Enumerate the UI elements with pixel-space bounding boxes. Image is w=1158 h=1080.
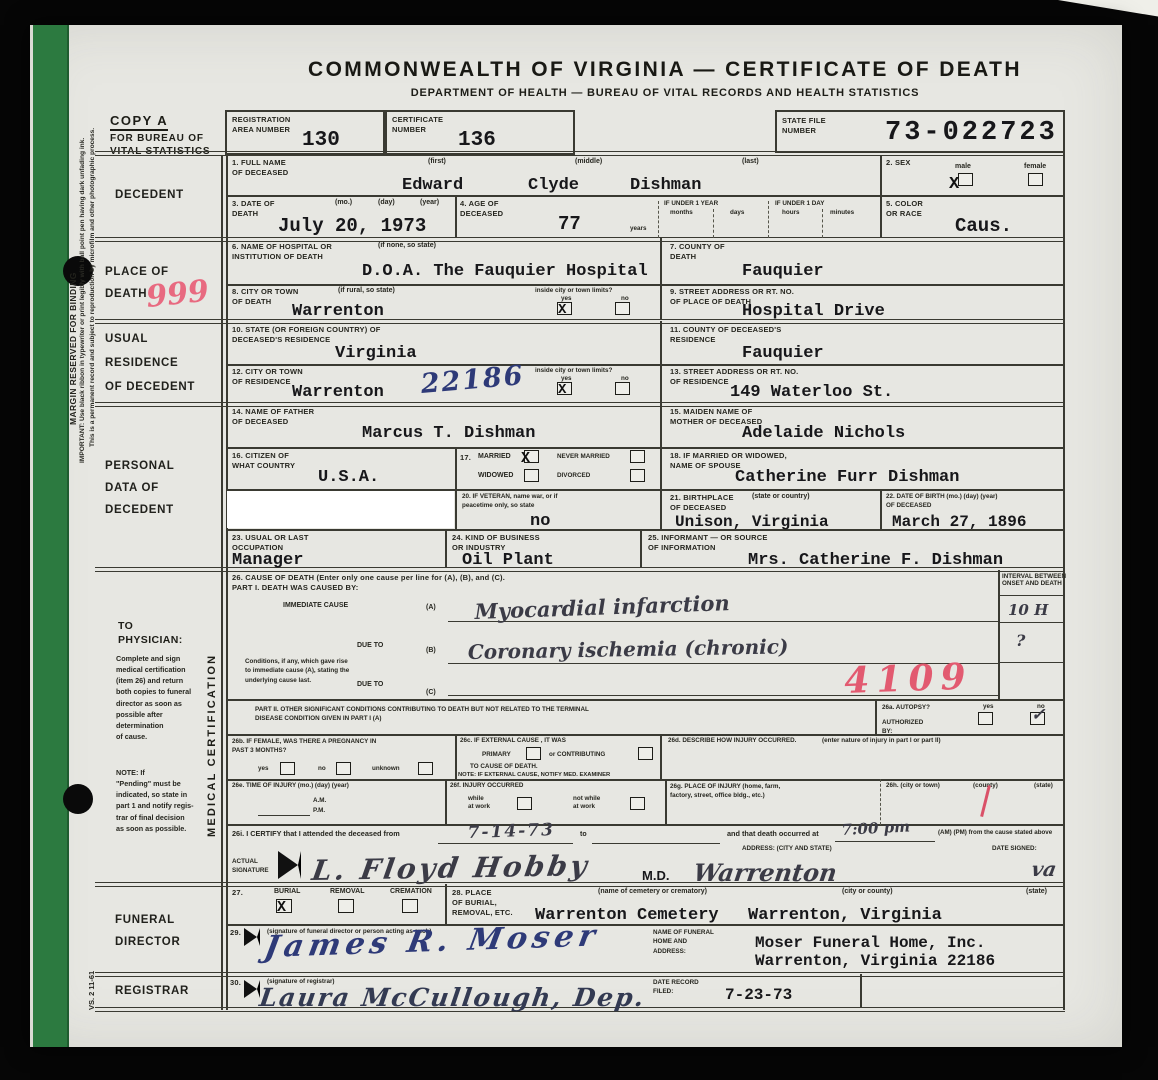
rule <box>880 155 882 195</box>
never-married-checkbox <box>630 450 645 463</box>
sidebar-usual-residence: USUAL RESIDENCE OF DECEDENT <box>105 327 195 399</box>
cause-a-handwriting: Myocardial infarction <box>474 592 730 622</box>
immediate-cause-label: IMMEDIATE CAUSE <box>283 602 348 611</box>
rule <box>455 489 457 530</box>
interval-header: INTERVAL BETWEEN ONSET AND DEATH <box>1002 573 1066 587</box>
days-label: days <box>730 209 744 217</box>
occupation-value: Manager <box>232 552 303 569</box>
hospital-hint: (if none, so state) <box>378 242 436 251</box>
rule <box>835 841 935 842</box>
female-label: female <box>1024 163 1046 172</box>
certificate-subtitle: DEPARTMENT OF HEALTH — BUREAU OF VITAL R… <box>260 87 1070 99</box>
primary-checkbox <box>526 747 541 760</box>
spouse-value: Catherine Furr Dishman <box>735 469 959 486</box>
rule <box>226 734 1065 736</box>
punch-hole <box>63 784 93 814</box>
green-binding-strip <box>33 25 69 1047</box>
citizen-label: 16. CITIZEN OF WHAT COUNTRY <box>232 451 295 471</box>
residence-street-value: 149 Waterloo St. <box>730 384 893 401</box>
while-at-work-label: while at work <box>468 795 490 811</box>
registration-area-label: REGISTRATION AREA NUMBER <box>232 115 291 135</box>
funeral-home-line2: Warrenton, Virginia 22186 <box>755 953 995 969</box>
state-file-number-value: 73-022723 <box>885 120 1058 147</box>
rule <box>768 201 769 238</box>
sidebar-registrar: REGISTRAR <box>115 981 189 1002</box>
mo-hint: (mo.) <box>335 199 352 208</box>
rule <box>95 882 1065 887</box>
year-hint: (year) <box>420 199 439 208</box>
street-of-death-value: Hospital Drive <box>742 303 885 320</box>
sidebar-to-physician-body: Complete and sign medical certification … <box>116 653 191 742</box>
place-of-death-red-code: 999 <box>145 277 210 313</box>
burial-city-value: Warrenton, Virginia <box>748 907 942 924</box>
rule <box>998 570 1000 700</box>
birthplace-value: Unison, Virginia <box>675 514 829 530</box>
md-label: M.D. <box>642 869 669 882</box>
married-mark: X <box>521 451 530 466</box>
rule <box>998 595 1065 596</box>
to-cause-of-death-label: TO CAUSE OF DEATH. <box>470 763 538 770</box>
rule <box>998 662 1065 663</box>
mother-name-value: Adelaide Nichols <box>742 425 905 442</box>
rule <box>592 843 720 844</box>
rule <box>658 201 659 238</box>
residence-state-label: 10. STATE (OR FOREIGN COUNTRY) OF DECEAS… <box>232 325 381 345</box>
signature-arrow-icon <box>278 851 301 879</box>
divorced-checkbox <box>630 469 645 482</box>
cemetery-hint: (name of cemetery or crematory) <box>598 888 707 897</box>
date-of-birth-label: 22. DATE OF BIRTH (mo.) (day) (year) OF … <box>886 493 998 511</box>
external-cause-note: NOTE: IF EXTERNAL CAUSE, NOTIFY MED. EXA… <box>458 772 610 778</box>
margin-important-text: IMPORTANT: Use black ribbon in typewrite… <box>79 138 86 463</box>
disposition-num: 27. <box>232 888 243 898</box>
business-value: Oil Plant <box>462 552 554 569</box>
rule <box>660 364 662 403</box>
sidebar-funeral-director: FUNERAL DIRECTOR <box>115 909 180 953</box>
rule <box>660 238 662 285</box>
sex-label: 2. SEX <box>886 158 911 168</box>
male-checkbox <box>958 173 973 186</box>
rule <box>455 195 457 238</box>
rule <box>1063 110 1065 1010</box>
middle-hint: (middle) <box>575 158 602 167</box>
part2-label: PART II. OTHER SIGNIFICANT CONDITIONS CO… <box>255 705 589 724</box>
due-to-label: DUE TO <box>357 681 383 690</box>
rule <box>660 321 662 365</box>
residence-city-value: Warrenton <box>292 384 384 401</box>
autopsy-yes-label: yes <box>983 703 994 711</box>
residence-county-value: Fauquier <box>742 345 824 362</box>
date-signed-label: DATE SIGNED: <box>992 845 1037 852</box>
injury-state-hint: (state) <box>1034 782 1053 789</box>
last-name-value: Dishman <box>630 177 701 194</box>
date-of-birth-value: March 27, 1896 <box>892 514 1026 530</box>
city-county-hint: (city or county) <box>842 888 893 897</box>
pregnancy-no-checkbox <box>336 762 351 775</box>
rule <box>455 734 457 780</box>
pregnancy-unknown-label: unknown <box>372 765 400 773</box>
birthplace-hint: (state or country) <box>752 493 810 502</box>
rule <box>95 972 1065 977</box>
rule <box>880 489 882 530</box>
not-while-at-work-checkbox <box>630 797 645 810</box>
red-code-handwriting: 4109 <box>844 659 973 699</box>
hours-label: hours <box>782 209 800 217</box>
rule <box>226 447 1065 449</box>
red-slash-mark <box>980 785 990 817</box>
city-of-death-label: 8. CITY OR TOWN OF DEATH <box>232 287 298 307</box>
margin-permanent-text: This is a permanent record and subject t… <box>89 128 96 447</box>
sidebar-decedent: DECEDENT <box>115 185 184 206</box>
pregnancy-yes-label: yes <box>258 765 269 773</box>
residence-county-label: 11. COUNTY OF DECEASED'S RESIDENCE <box>670 325 781 345</box>
color-or-race-label: 5. COLOR OR RACE <box>886 199 923 219</box>
cremation-label: CREMATION <box>390 888 432 897</box>
age-value: 77 <box>558 215 581 234</box>
registrar-num: 30. <box>230 978 241 988</box>
scan-corner-sliver <box>1058 0 1158 22</box>
rule <box>640 529 642 568</box>
rule <box>660 734 662 780</box>
time-of-injury-label: 26e. TIME OF INJURY (mo.) (day) (year) <box>232 782 349 789</box>
first-hint: (first) <box>428 158 446 167</box>
last-hint: (last) <box>742 158 759 167</box>
burial-label: BURIAL <box>274 888 300 897</box>
while-at-work-checkbox <box>517 797 532 810</box>
limits-yes-mark: X <box>558 383 566 397</box>
limits-question-label: inside city or town limits? <box>535 367 612 375</box>
male-checkbox-mark: X <box>949 176 959 193</box>
rule <box>875 699 877 735</box>
rule <box>822 209 823 238</box>
father-name-label: 14. NAME OF FATHER OF DECEASED <box>232 407 314 427</box>
autopsy-no-checkmark: ✓ <box>1031 707 1045 724</box>
redaction-box <box>227 491 454 528</box>
sidebar-personal-data: PERSONAL DATA OF DECEDENT <box>105 455 175 521</box>
time-of-death-handwriting: 7:00 pm <box>841 819 910 838</box>
citizen-value: U.S.A. <box>318 469 379 486</box>
sidebar-to-physician-title: TO PHYSICIAN: <box>118 620 183 647</box>
first-name-value: Edward <box>402 177 463 194</box>
hospital-value: D.O.A. The Fauquier Hospital <box>362 263 648 280</box>
county-of-death-value: Fauquier <box>742 263 824 280</box>
sidebar-to-physician-note: NOTE: If "Pending" must be indicated, so… <box>116 767 193 834</box>
external-cause-label: 26c. IF EXTERNAL CAUSE , IT WAS <box>460 737 566 744</box>
color-or-race-value: Caus. <box>955 217 1012 236</box>
am-label: A.M. <box>313 797 326 805</box>
rule <box>660 284 662 320</box>
removal-checkbox <box>338 899 354 913</box>
photo-background: MARGIN RESERVED FOR BINDING IMPORTANT: U… <box>0 0 1158 1080</box>
full-name-label: 1. FULL NAME OF DECEASED <box>232 158 288 178</box>
city-of-death-hint: (if rural, so state) <box>338 287 395 296</box>
pregnancy-yes-checkbox <box>280 762 295 775</box>
rule <box>713 209 714 238</box>
occurred-statement: and that death occurred at <box>727 829 819 838</box>
rule <box>226 779 1065 781</box>
actual-signature-label: ACTUAL SIGNATURE <box>232 857 269 876</box>
male-label: male <box>955 163 971 172</box>
rule <box>226 699 1065 701</box>
cause-of-death-label: 26. CAUSE OF DEATH (Enter only one cause… <box>232 573 505 593</box>
injury-occurred-label: 26f. INJURY OCCURRED <box>450 782 523 789</box>
divorced-label: DIVORCED <box>557 472 590 480</box>
due-to-label: DUE TO <box>357 642 383 651</box>
injury-city-label: 26h. (city or town) <box>886 782 940 789</box>
rule <box>445 884 447 925</box>
veteran-label: 20. IF VETERAN, name war, or if peacetim… <box>462 493 558 511</box>
state-handwriting: va <box>1030 859 1058 879</box>
not-while-at-work-label: not while at work <box>573 795 600 811</box>
rule <box>665 779 667 825</box>
physician-signature: L. Floyd Hobby <box>310 852 592 885</box>
day-hint: (day) <box>378 199 395 208</box>
date-filed-label: DATE RECORD FILED: <box>653 978 699 997</box>
rule <box>95 319 1065 324</box>
autopsy-yes-checkbox <box>978 712 993 725</box>
cremation-checkbox <box>402 899 418 913</box>
county-of-death-label: 7. COUNTY OF DEATH <box>670 242 725 262</box>
date-of-death-value: July 20, 1973 <box>278 217 426 236</box>
rule <box>445 779 447 825</box>
if-under-1-day-label: IF UNDER 1 DAY <box>775 200 824 208</box>
injury-nature-hint: (enter nature of injury in part I or par… <box>822 737 941 744</box>
pm-label: P.M. <box>313 807 325 815</box>
cause-c-tag: (C) <box>426 689 436 698</box>
medical-certification-vertical-label: MEDICAL CERTIFICATION <box>206 654 218 837</box>
months-label: months <box>670 209 693 217</box>
limits-question-label: inside city or town limits? <box>535 287 612 295</box>
contributing-checkbox <box>638 747 653 760</box>
never-married-label: NEVER MARRIED <box>557 453 610 461</box>
authorized-by-label: AUTHORIZED BY: <box>882 719 923 737</box>
rule <box>998 622 1065 623</box>
funeral-home-label: NAME OF FUNERAL HOME AND ADDRESS: <box>653 928 714 956</box>
copy-a-label: COPY A <box>110 113 168 131</box>
funeral-signature-arrow-icon <box>244 928 260 946</box>
cause-b-handwriting: Coronary ischemia (chronic) <box>468 636 789 662</box>
interval-a-handwriting: 10 H <box>1008 603 1048 618</box>
residence-state-value: Virginia <box>335 345 417 362</box>
widowed-checkbox <box>524 469 539 482</box>
limits-no-checkbox <box>615 302 630 315</box>
funeral-home-line1: Moser Funeral Home, Inc. <box>755 935 985 951</box>
place-of-injury-label: 26g. PLACE OF INJURY (home, farm, factor… <box>670 782 780 801</box>
residence-zip-handwritten: 22186 <box>420 362 526 398</box>
rule <box>660 489 662 530</box>
rule <box>880 195 882 238</box>
rule <box>226 824 1065 826</box>
rule <box>226 284 1065 286</box>
removal-label: REMOVAL <box>330 888 364 897</box>
rule <box>438 843 573 844</box>
cause-a-tag: (A) <box>426 604 436 613</box>
describe-injury-label: 26d. DESCRIBE HOW INJURY OCCURRED. <box>668 737 796 744</box>
minutes-label: minutes <box>830 209 854 217</box>
rule <box>455 447 457 490</box>
hospital-label: 6. NAME OF HOSPITAL OR INSTITUTION OF DE… <box>232 242 332 262</box>
date-filed-value: 7-23-73 <box>725 987 792 1003</box>
registration-area-value: 130 <box>302 130 340 151</box>
cause-b-tag: (B) <box>426 647 436 656</box>
years-label: years <box>630 225 646 232</box>
middle-name-value: Clyde <box>528 177 579 194</box>
rule <box>95 151 1065 156</box>
address-city-handwriting: Warrenton <box>692 861 838 885</box>
female-checkbox <box>1028 173 1043 186</box>
attended-from-handwriting: 7-14-73 <box>467 822 555 842</box>
injury-county-hint: (county) <box>973 782 998 789</box>
rule <box>660 447 662 490</box>
father-name-value: Marcus T. Dishman <box>362 425 535 442</box>
certificate-title: COMMONWEALTH OF VIRGINIA — CERTIFICATE O… <box>260 58 1070 82</box>
ampm-statement: (AM) (PM) from the cause stated above <box>938 829 1052 837</box>
rule <box>860 974 862 1008</box>
funeral-director-num: 29. <box>230 928 241 938</box>
married-label: MARRIED <box>478 453 511 462</box>
death-certificate-document: MARGIN RESERVED FOR BINDING IMPORTANT: U… <box>30 25 1122 1047</box>
margin-binding-text: MARGIN RESERVED FOR BINDING <box>68 272 78 425</box>
registrar-signature: Laura McCullough, Dep. <box>258 985 647 1010</box>
informant-value: Mrs. Catherine F. Dishman <box>748 552 1003 569</box>
burial-mark: X <box>277 900 286 915</box>
if-under-1-year-label: IF UNDER 1 YEAR <box>664 200 718 208</box>
rule <box>226 195 1065 197</box>
certificate-number-label: CERTIFICATE NUMBER <box>392 115 443 135</box>
state-hint: (state) <box>1026 888 1047 897</box>
state-file-number-label: STATE FILE NUMBER <box>782 116 826 136</box>
conditions-note: Conditions, if any, which gave rise to i… <box>245 657 349 685</box>
rule <box>445 529 447 568</box>
place-of-burial-label: 28. PLACE OF BURIAL, REMOVAL, ETC. <box>452 888 513 917</box>
interval-b-handwriting: ? <box>1016 633 1025 649</box>
veteran-value: no <box>530 513 550 530</box>
limits-yes-mark: X <box>558 303 566 317</box>
certify-statement: 26i. I CERTIFY that I attended the decea… <box>232 829 400 838</box>
city-of-death-value: Warrenton <box>292 303 384 320</box>
marital-num: 17. <box>460 453 471 463</box>
primary-label: PRIMARY <box>482 751 511 759</box>
birthplace-label: 21. BIRTHPLACE OF DECEASED <box>670 493 734 513</box>
date-of-death-label: 3. DATE OF DEATH <box>232 199 275 219</box>
rule <box>258 815 310 816</box>
pregnancy-unknown-checkbox <box>418 762 433 775</box>
rule <box>226 364 1065 366</box>
limits-no-checkbox <box>615 382 630 395</box>
funeral-director-signature: James R. Moser <box>262 921 602 963</box>
age-label: 4. AGE OF DECEASED <box>460 199 503 219</box>
widowed-label: WIDOWED <box>478 472 513 481</box>
rule <box>660 402 662 448</box>
autopsy-label: 26a. AUTOPSY? <box>882 704 930 711</box>
contributing-label: or CONTRIBUTING <box>549 751 605 759</box>
pregnancy-label: 26b. IF FEMALE, WAS THERE A PREGNANCY IN… <box>232 737 376 756</box>
pregnancy-no-label: no <box>318 765 326 773</box>
registrar-signature-arrow-icon <box>244 980 260 998</box>
certificate-number-value: 136 <box>458 130 496 151</box>
to-label: to <box>580 831 587 840</box>
address-city-state-label: ADDRESS: (CITY AND STATE) <box>742 845 832 852</box>
